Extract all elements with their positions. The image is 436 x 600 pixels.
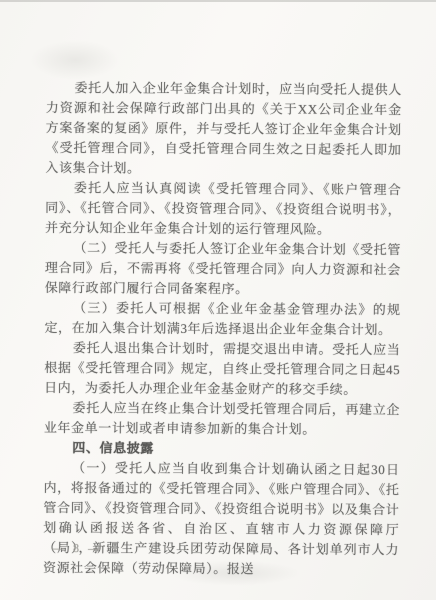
- scan-smudge: [30, 40, 120, 80]
- document-body: 委托人加入企业年金集合计划时，应当向受托人提供人力资源和社会保障行政部门出具的《…: [43, 78, 402, 580]
- page-number: — 8 —: [52, 541, 103, 556]
- paragraph-item-3: （三）委托人可根据《企业年金基金管理办法》的规定，在加入集合计划满3年后选择退出…: [44, 298, 400, 340]
- paragraph-item-2: （二）受托人与委托人签订企业年金集合计划《受托管理合同》后，不需再将《受托管理合…: [45, 238, 401, 300]
- paragraph-exit-plan: 委托人退出集合计划时，需提交退出申请。受托人应当根据《受托管理合同》规定，自终止…: [44, 338, 400, 400]
- paragraph-after-termination: 委托人应当在终止集合计划受托管理合同后，再建立企业年金单一计划或者申请参加新的集…: [44, 398, 400, 440]
- paragraph-read-contracts: 委托人应当认真阅读《受托管理合同》、《账户管理合同》、《托管合同》、《投资管理合…: [45, 178, 401, 240]
- section-heading-information-disclosure: 四、信息披露: [44, 438, 400, 460]
- paragraph-join-plan: 委托人加入企业年金集合计划时，应当向受托人提供人力资源和社会保障行政部门出具的《…: [45, 78, 402, 180]
- paragraph-disclosure-item-1: （一）受托人应当自收到集合计划确认函之日起30日内，将报备通过的《受托管理合同》…: [43, 458, 400, 580]
- scanned-document-page: 委托人加入企业年金集合计划时，应当向受托人提供人力资源和社会保障行政部门出具的《…: [0, 0, 436, 600]
